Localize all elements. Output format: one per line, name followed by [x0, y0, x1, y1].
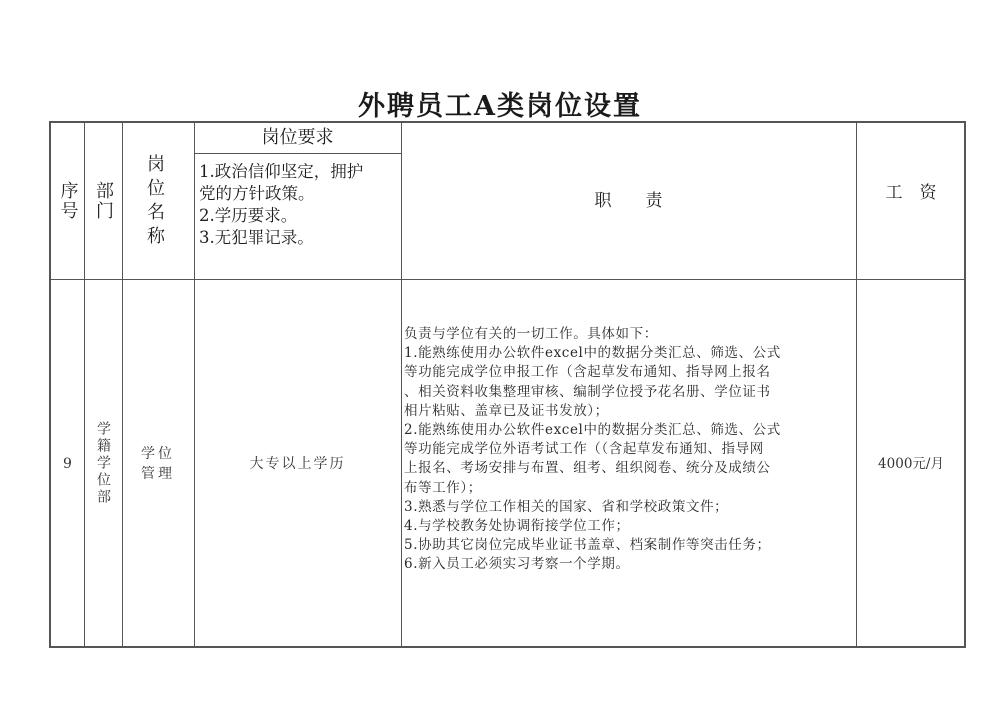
- cell-position-name: 学位 管理: [122, 279, 194, 648]
- header-requirements: 岗位要求: [194, 123, 401, 153]
- header-salary-label: 工 资: [886, 181, 937, 205]
- header-dept-label: 部门: [91, 181, 115, 221]
- header-duties: 职 责: [401, 123, 856, 279]
- header-duties-label: 职 责: [595, 189, 663, 213]
- cell-seq: 9: [51, 279, 84, 648]
- header-subdivider: [194, 153, 401, 154]
- requirement-line: 3.无犯罪记录。: [199, 227, 399, 249]
- duty-line: 布等工作）；: [404, 479, 856, 498]
- seq-value: 9: [63, 454, 72, 474]
- duty-line: 负责与学位有关的一切工作。具体如下：: [404, 325, 856, 344]
- cell-dept: 学籍学位部: [84, 279, 122, 648]
- duty-line: 上报名、考场安排与布置、组考、组织阅卷、统分及成绩公: [404, 459, 856, 478]
- header-position-name-label: 岗位名称: [137, 153, 179, 249]
- duty-line: 相片粘贴、盖章已及证书发放）；: [404, 402, 856, 421]
- duty-line: 5.协助其它岗位完成毕业证书盖章、档案制作等突击任务；: [404, 536, 856, 555]
- header-seq-label: 序号: [56, 181, 80, 221]
- requirement-line: 党的方针政策。: [199, 183, 399, 205]
- requirement-line: 1.政治信仰坚定，拥护: [199, 161, 399, 183]
- duty-line: 3.熟悉与学位工作相关的国家、省和学校政策文件；: [404, 498, 856, 517]
- duty-line: 1.能熟练使用办公软件excel中的数据分类汇总、筛选、公式: [404, 344, 856, 363]
- dept-value: 学籍学位部: [93, 421, 113, 506]
- salary-value: 4000元/月: [878, 454, 944, 474]
- document-title: 外聘员工A类岗位设置: [0, 84, 1000, 123]
- cell-salary: 4000元/月: [856, 279, 966, 648]
- positions-table: 序号 部门 岗位名称 岗位要求 1.政治信仰坚定，拥护 党的方针政策。 2.学历…: [49, 121, 966, 648]
- requirements-criteria: 1.政治信仰坚定，拥护 党的方针政策。 2.学历要求。 3.无犯罪记录。: [199, 161, 399, 249]
- position-name-line: 管理: [141, 464, 175, 484]
- requirement-value: 大专以上学历: [250, 454, 346, 474]
- header-seq: 序号: [51, 123, 84, 279]
- duty-line: 等功能完成学位外语考试工作（（含起草发布通知、指导网: [404, 440, 856, 459]
- duty-line: 6.新入员工必须实习考察一个学期。: [404, 555, 856, 574]
- header-requirements-label: 岗位要求: [262, 126, 334, 150]
- duty-line: 、相关资料收集整理审核、编制学位授予花名册、学位证书: [404, 383, 856, 402]
- header-salary: 工 资: [856, 123, 966, 263]
- cell-requirement: 大专以上学历: [194, 279, 401, 648]
- requirement-line: 2.学历要求。: [199, 205, 399, 227]
- header-dept: 部门: [84, 123, 122, 279]
- duty-line: 等功能完成学位申报工作（含起草发布通知、指导网上报名: [404, 363, 856, 382]
- header-position-name: 岗位名称: [122, 123, 194, 279]
- duty-line: 2.能熟练使用办公软件excel中的数据分类汇总、筛选、公式: [404, 421, 856, 440]
- duty-line: 4.与学校教务处协调衔接学位工作；: [404, 517, 856, 536]
- cell-duties: 负责与学位有关的一切工作。具体如下： 1.能熟练使用办公软件excel中的数据分…: [404, 325, 856, 575]
- position-name-line: 学位: [141, 444, 175, 464]
